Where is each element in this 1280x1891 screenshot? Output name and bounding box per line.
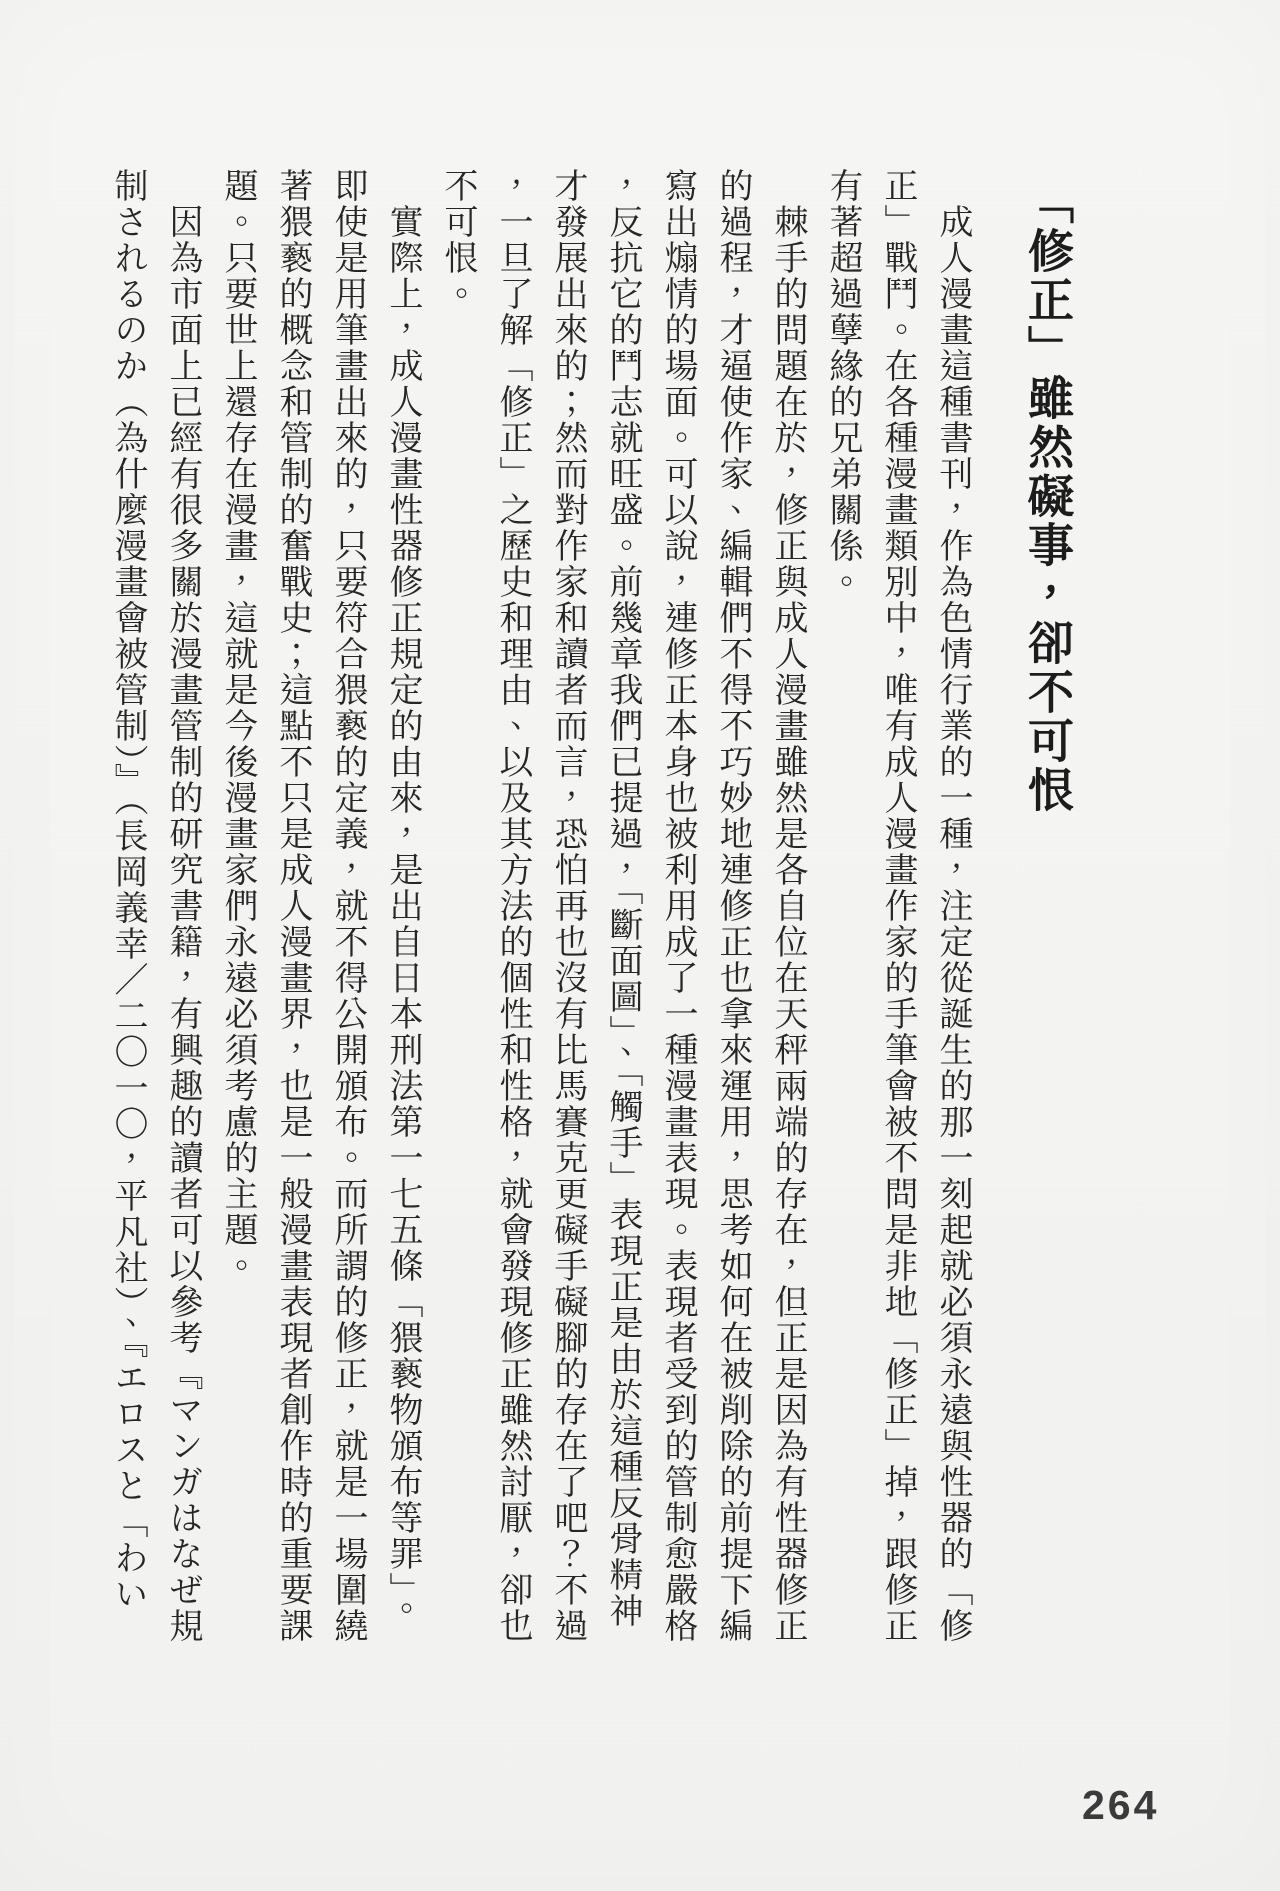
paragraph: 因為市面上已經有很多關於漫畫管制的研究書籍，有興趣的讀者可以參考『マンガはなぜ規… — [100, 168, 210, 1650]
chapter-title: 「修正」雖然礙事，卻不可恨 — [1010, 178, 1086, 1650]
paragraph: 成人漫畫這種書刊，作為色情行業的一種，注定從誕生的那一刻起就必須永遠與性器的「修… — [815, 168, 980, 1650]
page-number: 264 — [1082, 1782, 1159, 1829]
paragraph: 棘手的問題在於，修正與成人漫畫雖然是各自位在天秤兩端的存在，但正是因為有性器修正… — [430, 168, 815, 1650]
body-text: 成人漫畫這種書刊，作為色情行業的一種，注定從誕生的那一刻起就必須永遠與性器的「修… — [100, 168, 980, 1650]
book-page: 「修正」雖然礙事，卻不可恨 成人漫畫這種書刊，作為色情行業的一種，注定從誕生的那… — [0, 0, 1280, 1891]
paragraph: 實際上，成人漫畫性器修正規定的由來，是出自日本刑法第一七五條「猥褻物頒布等罪」。… — [210, 168, 430, 1650]
page-content: 「修正」雖然礙事，卻不可恨 成人漫畫這種書刊，作為色情行業的一種，注定從誕生的那… — [100, 168, 1112, 1650]
